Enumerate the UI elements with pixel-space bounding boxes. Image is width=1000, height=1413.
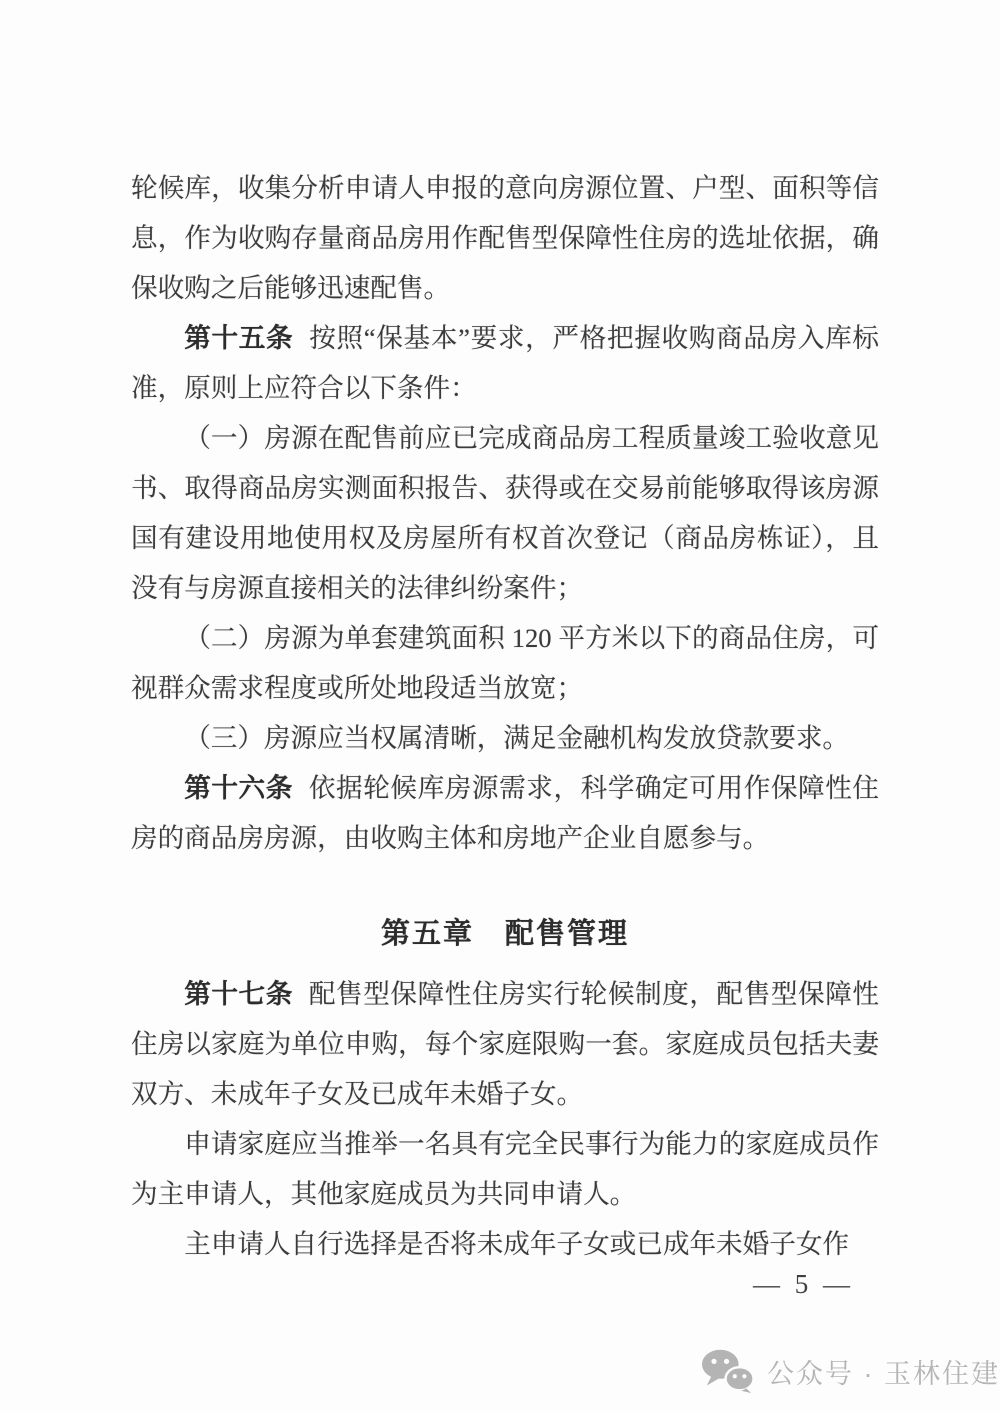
main-applicant-paragraph: 主申请人自行选择是否将未成年子女或已成年未婚子女作 [131, 1219, 879, 1269]
article-17-paragraph: 第十七条配售型保障性住房实行轮候制度，配售型保障性住房以家庭为单位申购，每个家庭… [131, 969, 879, 1119]
watermark-text: 公众号 · 玉林住建 [767, 1352, 1000, 1391]
wechat-icon [701, 1348, 755, 1394]
article-16-number: 第十六条 [184, 773, 293, 803]
article-15-number: 第十五条 [184, 323, 293, 353]
watermark-footer: 公众号 · 玉林住建 [701, 1348, 1000, 1394]
chapter-heading: 第五章 配售管理 [131, 909, 879, 959]
paragraph-continuation: 轮候库，收集分析申请人申报的意向房源位置、户型、面积等信息，作为收购存量商品房用… [131, 163, 879, 313]
item-3-paragraph: （三）房源应当权属清晰，满足金融机构发放贷款要求。 [131, 713, 879, 763]
item-1-paragraph: （一）房源在配售前应已完成商品房工程质量竣工验收意见书、取得商品房实测面积报告、… [131, 413, 879, 613]
document-body: 轮候库，收集分析申请人申报的意向房源位置、户型、面积等信息，作为收购存量商品房用… [131, 163, 879, 1269]
article-15-paragraph: 第十五条按照“保基本”要求，严格把握收购商品房入库标准，原则上应符合以下条件： [131, 313, 879, 413]
article-17-number: 第十七条 [184, 979, 293, 1009]
page: 轮候库，收集分析申请人申报的意向房源位置、户型、面积等信息，作为收购存量商品房用… [0, 0, 1000, 1413]
page-number: — 5 — [753, 1266, 854, 1302]
applicant-family-paragraph: 申请家庭应当推举一名具有完全民事行为能力的家庭成员作为主申请人，其他家庭成员为共… [131, 1119, 879, 1219]
scanned-document-page: { "document": { "body": [ { "text": "轮候库… [0, 0, 1000, 1413]
article-16-paragraph: 第十六条依据轮候库房源需求，科学确定可用作保障性住房的商品房房源，由收购主体和房… [131, 763, 879, 863]
item-2-paragraph: （二）房源为单套建筑面积 120 平方米以下的商品住房，可视群众需求程度或所处地… [131, 613, 879, 713]
